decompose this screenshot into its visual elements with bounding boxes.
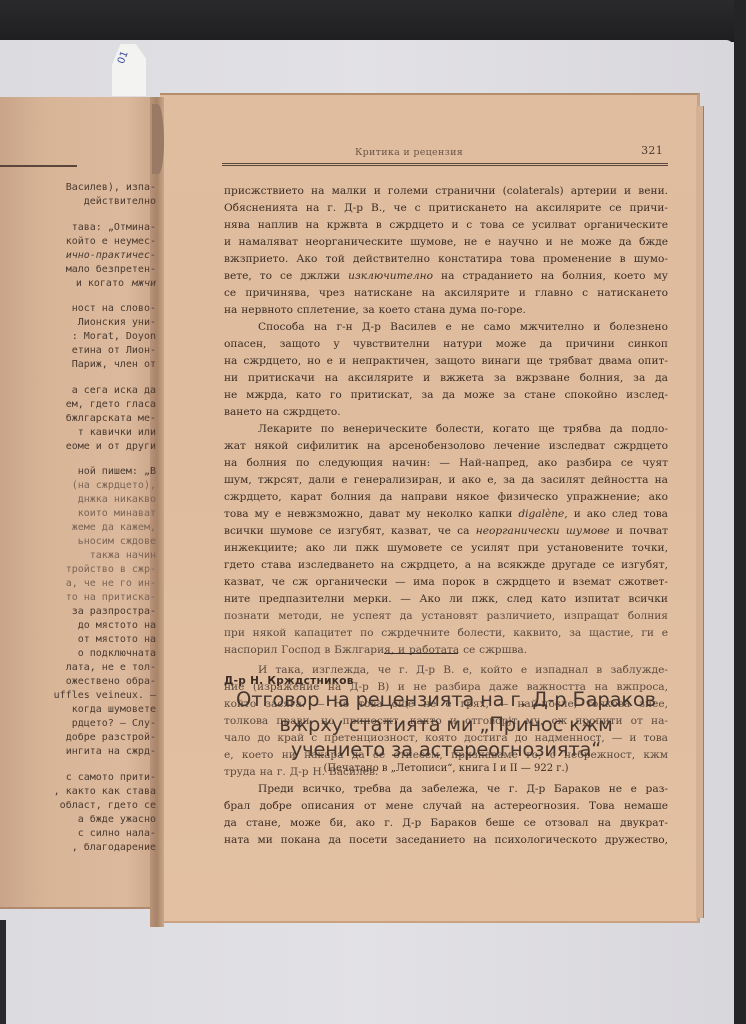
left-line: до мястото на (78, 619, 156, 633)
text-line: гдето става изследването на сжрдцето, а … (224, 557, 668, 574)
left-line: ингита на сжрд- (66, 745, 156, 759)
text-line: жат някой сифилитик на арсенобензолово л… (224, 438, 668, 455)
text-line: при някой капацитет по сжрдечните болест… (224, 625, 668, 642)
section-divider (384, 653, 458, 654)
article-title-line: учението за астереогнозията“ (224, 738, 668, 761)
text-line: шум, тжрсят, дали е генерализиран, и ако… (224, 472, 668, 489)
left-line: ност на слово- (72, 302, 156, 316)
left-line: от мястото на (78, 633, 156, 647)
text-run: на страданието на болния, което му (433, 270, 668, 282)
left-line: добре разстрой- (66, 731, 156, 745)
left-line: с самото прити- (66, 771, 156, 785)
text-line: опасен, защото у чувствителни натури мож… (224, 336, 668, 353)
text-line: присжствието на малки и големи странични… (224, 183, 668, 200)
text-line: на сжрдцето, но е и непрактичен, защото … (224, 353, 668, 370)
scanner-lid-top (0, 0, 746, 42)
article-subtitle: (Печатано в „Летописи“, книга I и II — 9… (224, 763, 668, 774)
left-line: и когато (76, 277, 124, 291)
left-line: който е неумес- (66, 235, 156, 249)
text-line-mixed: всички шумове се изгубят, казват, че са … (224, 523, 668, 540)
left-line: ично-практичес- (66, 249, 156, 263)
left-line: лата, не е тол- (66, 661, 156, 675)
article-author: Д-р Н. Крждстников (224, 675, 354, 687)
left-line: за разпростра- (72, 605, 156, 619)
text-run: , и ако след това (564, 508, 668, 520)
left-line: ожествено обра- (66, 675, 156, 689)
right-page-edge (696, 106, 704, 918)
left-line: ьносим сждове (78, 535, 156, 549)
scanner-lid-left-edge (0, 920, 6, 1024)
left-line: рдцето? — Слу- (72, 717, 156, 731)
left-line: , както как става (54, 785, 156, 799)
text-line: и намаляват неорганическите шумове, не е… (224, 234, 668, 251)
paragraph-start: Способа на г-н Д-р Василев е не само мжч… (224, 319, 668, 336)
left-line: жеме да кажем, (72, 521, 156, 535)
left-line: еоме и от други (66, 440, 156, 454)
page-number: 321 (641, 144, 663, 157)
text-line: на нервното сплетение, за което стана ду… (224, 302, 668, 319)
text-line: брал добре описания от мене случай на ас… (224, 798, 668, 815)
left-line: етина от Лион- (72, 344, 156, 358)
left-line: о подключната (78, 647, 156, 661)
left-line: ем, гдето гласа (66, 398, 156, 412)
text-line: сжрдцето, карат болния да направи някое … (224, 489, 668, 506)
text-line-mixed: това му е невжзможно, дават му неколко к… (224, 506, 668, 523)
left-line: тройство в сжр- (66, 563, 156, 577)
scanner-lid-right (734, 0, 746, 1024)
text-line: ната ми покана да посети заседанието на … (224, 832, 668, 849)
left-line: , благодарение (72, 841, 156, 855)
article-title-line: Отговор на рецензията на г. Д-р Бараков (224, 688, 668, 711)
text-run: всички шумове се изгубят, казват, че са (224, 525, 476, 537)
text-run: това му е невжзможно, дават му неколко к… (224, 508, 518, 520)
text-line: вжзприето. Ако той действително констати… (224, 251, 668, 268)
italic-emphasis: digalène (518, 508, 564, 520)
left-line: област, гдето се (60, 799, 156, 813)
text-line: нява наплив на кржвта в сжрдцето и с тов… (224, 217, 668, 234)
text-run: вете, то се джлжи (224, 270, 348, 282)
text-line: казват, че сж органически — има порок в … (224, 574, 668, 591)
text-line: ването на сжрдцето. (224, 404, 668, 421)
paragraph-start: Лекарите по венерическите болести, когат… (224, 421, 668, 438)
italic-emphasis: изключително (348, 270, 433, 282)
text-line: се причинява, чрез натискане на аксиляри… (224, 285, 668, 302)
left-line: uffles veineux. — (54, 689, 156, 703)
left-line: тава: „Отмина- (72, 221, 156, 235)
left-line: които минават (78, 507, 156, 521)
left-line: мало безпретен- (66, 263, 156, 277)
left-line: бжлгарската ме- (66, 412, 156, 426)
left-line: : Morat, Doyon (72, 330, 156, 344)
header-double-rule (222, 163, 668, 166)
left-line: а, че не го ин- (66, 577, 156, 591)
text-line: ните предпазителни мерки. — Ако ли пжк, … (224, 591, 668, 608)
text-line: не мжрда, като го притискат, за да може … (224, 387, 668, 404)
left-line: а сега иска да (72, 384, 156, 398)
running-head: Критика и рецензия 321 (225, 147, 667, 161)
text-line-mixed: вете, то се джлжи изключително на страда… (224, 268, 668, 285)
text-line: на болния по следующия начин: — Най-напр… (224, 455, 668, 472)
left-header-rule (0, 165, 77, 167)
left-line: днжка никакво (78, 493, 156, 507)
article-title-line: вжрху статията ми „Принос кжм (224, 713, 668, 736)
left-line: то на притиска- (66, 591, 156, 605)
left-line: а бжде ужасно (78, 813, 156, 827)
left-line: т кавички или (78, 426, 156, 440)
left-line: такжа начин (90, 549, 156, 563)
left-line: действително (84, 195, 156, 209)
left-line: Лионския уни- (78, 316, 156, 330)
text-line: да стане, може би, ако г. Д-р Бараков бе… (224, 815, 668, 832)
left-line: когда шумовете (72, 703, 156, 717)
left-line-italic: мжчи (132, 277, 156, 291)
text-line: инжекциите; ако ли пжк шумовете се усиля… (224, 540, 668, 557)
left-line: с силно нала- (78, 827, 156, 841)
left-line: (на сжрдцето), (72, 479, 156, 493)
running-head-title: Критика и рецензия (355, 147, 463, 158)
text-line: наспорил Господ в Бжлгария, и работата с… (224, 642, 668, 659)
italic-emphasis: неорганически шумове (476, 525, 610, 537)
left-line: ной пишем: „В (78, 465, 156, 479)
text-line: ни притискачи на аксилярите и вжжета за … (224, 370, 668, 387)
text-run: и почват (610, 525, 668, 537)
left-line: Василев), изпа- (66, 181, 156, 195)
text-line: познати методи, не успеят да установят р… (224, 608, 668, 625)
text-line: Обясненията на г. Д-р В., че с притискан… (224, 200, 668, 217)
left-line: Париж, член от (72, 358, 156, 372)
paragraph-start: Преди всичко, требва да забележа, че г. … (224, 781, 668, 798)
